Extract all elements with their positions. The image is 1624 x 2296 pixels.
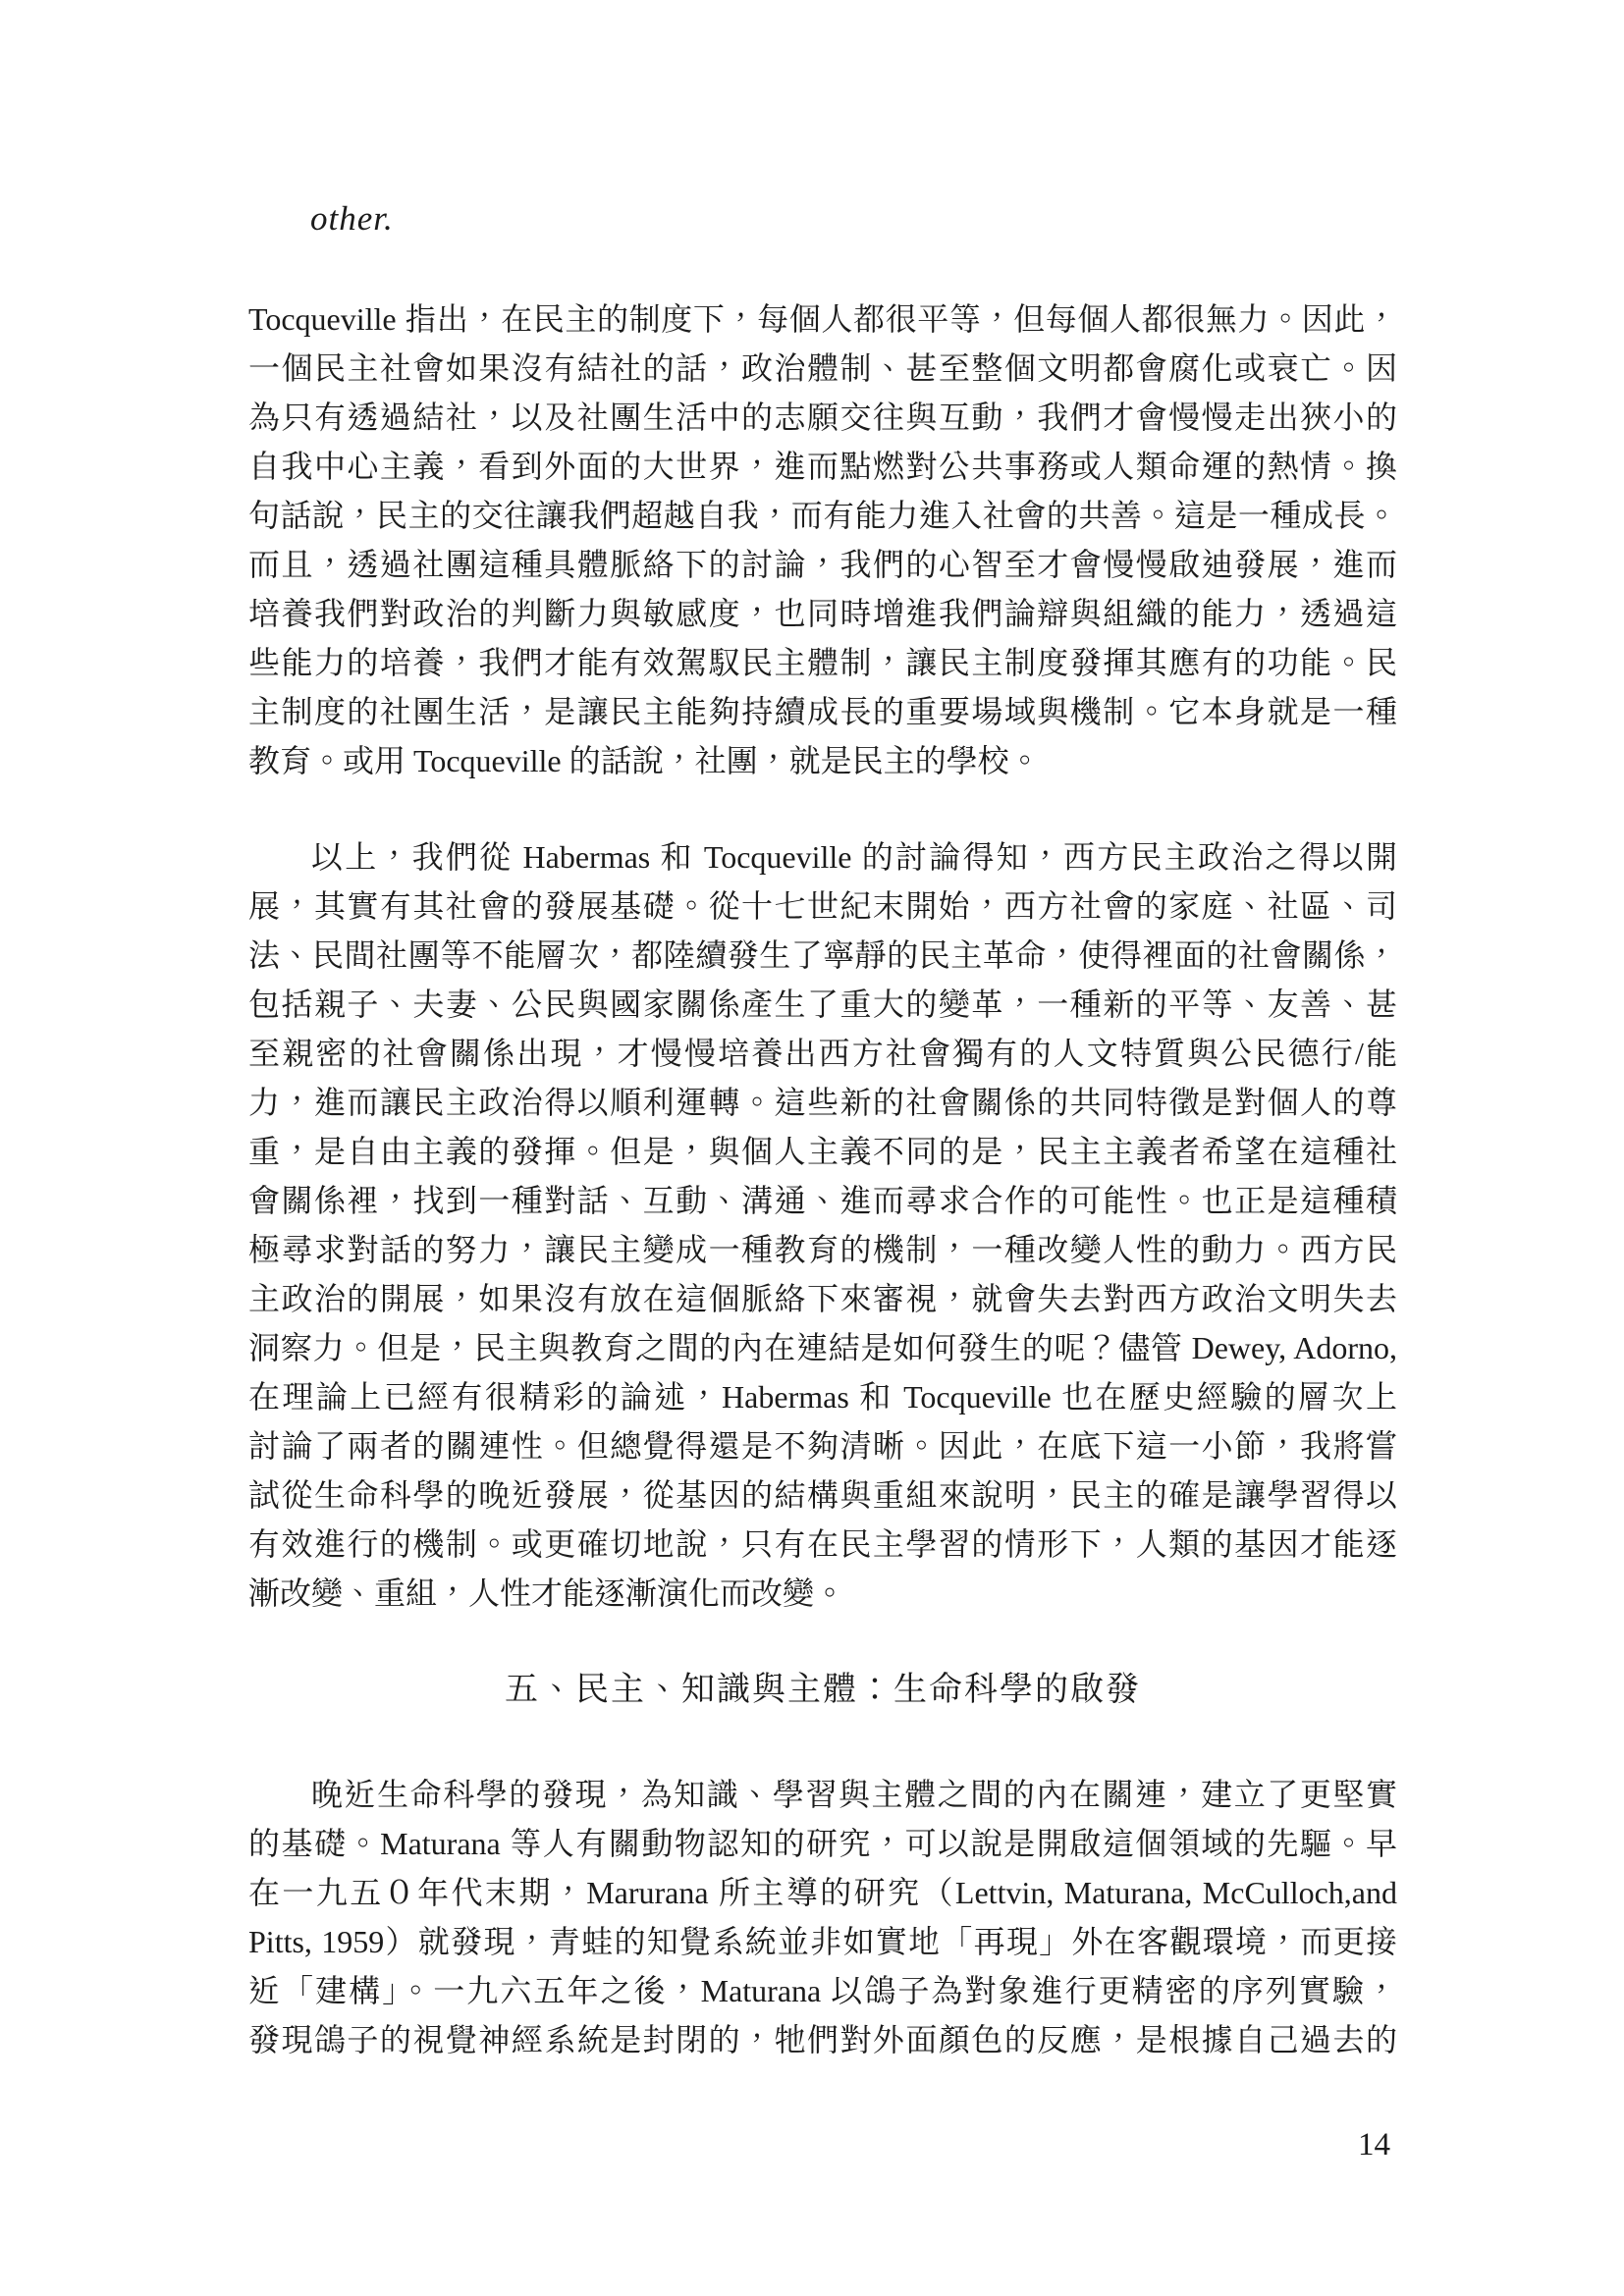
text-line: 發現鴿子的視覺神經系統是封閉的，牠們對外面顏色的反應，是根據自己過去的 bbox=[248, 2015, 1397, 2064]
text-line: 教育。或用 Tocqueville 的話說，社團，就是民主的學校。 bbox=[248, 736, 1397, 785]
text-line: 主制度的社團生活，是讓民主能夠持續成長的重要場域與機制。它本身就是一種 bbox=[248, 687, 1397, 736]
body-paragraph-2: 以上，我們從 Habermas 和 Tocqueville 的討論得知，西方民主… bbox=[248, 832, 1397, 1618]
text-line: 些能力的培養，我們才能有效駕馭民主體制，讓民主制度發揮其應有的功能。民 bbox=[248, 638, 1397, 687]
text-line: 試從生命科學的晚近發展，從基因的結構與重組來說明，民主的確是讓學習得以 bbox=[248, 1470, 1397, 1520]
document-page: other. Tocqueville 指出，在民主的制度下，每個人都很平等，但每… bbox=[0, 0, 1624, 2296]
text-line: 展，其實有其社會的發展基礎。從十七世紀末開始，西方社會的家庭、社區、司 bbox=[248, 881, 1397, 931]
text-line: 晚近生命科學的發現，為知識、學習與主體之間的內在關連，建立了更堅實 bbox=[248, 1770, 1397, 1819]
text-line: 一個民主社會如果沒有結社的話，政治體制、甚至整個文明都會腐化或衰亡。因 bbox=[248, 344, 1397, 393]
text-line: 至親密的社會關係出現，才慢慢培養出西方社會獨有的人文特質與公民德行/能 bbox=[248, 1029, 1397, 1078]
text-line: 漸改變、重組，人性才能逐漸演化而改變。 bbox=[248, 1569, 1397, 1618]
text-line: 包括親子、夫妻、公民與國家關係產生了重大的變革，一種新的平等、友善、甚 bbox=[248, 980, 1397, 1029]
text-line: 法、民間社團等不能層次，都陸續發生了寧靜的民主革命，使得裡面的社會關係， bbox=[248, 931, 1397, 980]
text-line: 會關係裡，找到一種對話、互動、溝通、進而尋求合作的可能性。也正是這種積 bbox=[248, 1176, 1397, 1225]
text-line: 極尋求對話的努力，讓民主變成一種教育的機制，一種改變人性的動力。西方民 bbox=[248, 1225, 1397, 1274]
text-line: Tocqueville 指出，在民主的制度下，每個人都很平等，但每個人都很無力。… bbox=[248, 294, 1397, 344]
text-line: 近「建構」。一九六五年之後，Maturana 以鴿子為對象進行更精密的序列實驗， bbox=[248, 1966, 1397, 2015]
page-number: 14 bbox=[1358, 2123, 1390, 2166]
text-line: 在理論上已經有很精彩的論述，Habermas 和 Tocqueville 也在歷… bbox=[248, 1372, 1397, 1421]
quote-tail-text: other. bbox=[310, 194, 394, 243]
text-line: 重，是自由主義的發揮。但是，與個人主義不同的是，民主主義者希望在這種社 bbox=[248, 1127, 1397, 1176]
text-line: Pitts, 1959）就發現，青蛙的知覺系統並非如實地「再現」外在客觀環境，而… bbox=[248, 1917, 1397, 1966]
text-line: 為只有透過結社，以及社團生活中的志願交往與互動，我們才會慢慢走出狹小的 bbox=[248, 393, 1397, 442]
text-line: 自我中心主義，看到外面的大世界，進而點燃對公共事務或人類命運的熱情。換 bbox=[248, 442, 1397, 491]
text-line: 有效進行的機制。或更確切地說，只有在民主學習的情形下，人類的基因才能逐 bbox=[248, 1520, 1397, 1569]
text-line: 培養我們對政治的判斷力與敏感度，也同時增進我們論辯與組織的能力，透過這 bbox=[248, 589, 1397, 638]
text-line: 力，進而讓民主政治得以順利運轉。這些新的社會關係的共同特徵是對個人的尊 bbox=[248, 1078, 1397, 1127]
text-line: 主政治的開展，如果沒有放在這個脈絡下來審視，就會失去對西方政治文明失去 bbox=[248, 1274, 1397, 1323]
section-heading: 五、民主、知識與主體：生命科學的啟發 bbox=[248, 1666, 1397, 1715]
text-line: 句話說，民主的交往讓我們超越自我，而有能力進入社會的共善。這是一種成長。 bbox=[248, 491, 1397, 540]
text-line: 在一九五０年代末期，Marurana 所主導的研究（Lettvin, Matur… bbox=[248, 1868, 1397, 1917]
body-paragraph-3: 晚近生命科學的發現，為知識、學習與主體之間的內在關連，建立了更堅實 的基礎。Ma… bbox=[248, 1770, 1397, 2064]
text-line: 以上，我們從 Habermas 和 Tocqueville 的討論得知，西方民主… bbox=[248, 832, 1397, 881]
body-paragraph-1: Tocqueville 指出，在民主的制度下，每個人都很平等，但每個人都很無力。… bbox=[248, 294, 1397, 785]
text-line: 洞察力。但是，民主與教育之間的內在連結是如何發生的呢？儘管 Dewey, Ado… bbox=[248, 1323, 1397, 1372]
text-line: 的基礎。Maturana 等人有關動物認知的研究，可以說是開啟這個領域的先驅。早 bbox=[248, 1819, 1397, 1868]
text-line: 而且，透過社團這種具體脈絡下的討論，我們的心智至才會慢慢啟迪發展，進而 bbox=[248, 540, 1397, 589]
text-line: 討論了兩者的關連性。但總覺得還是不夠清晰。因此，在底下這一小節，我將嘗 bbox=[248, 1421, 1397, 1470]
